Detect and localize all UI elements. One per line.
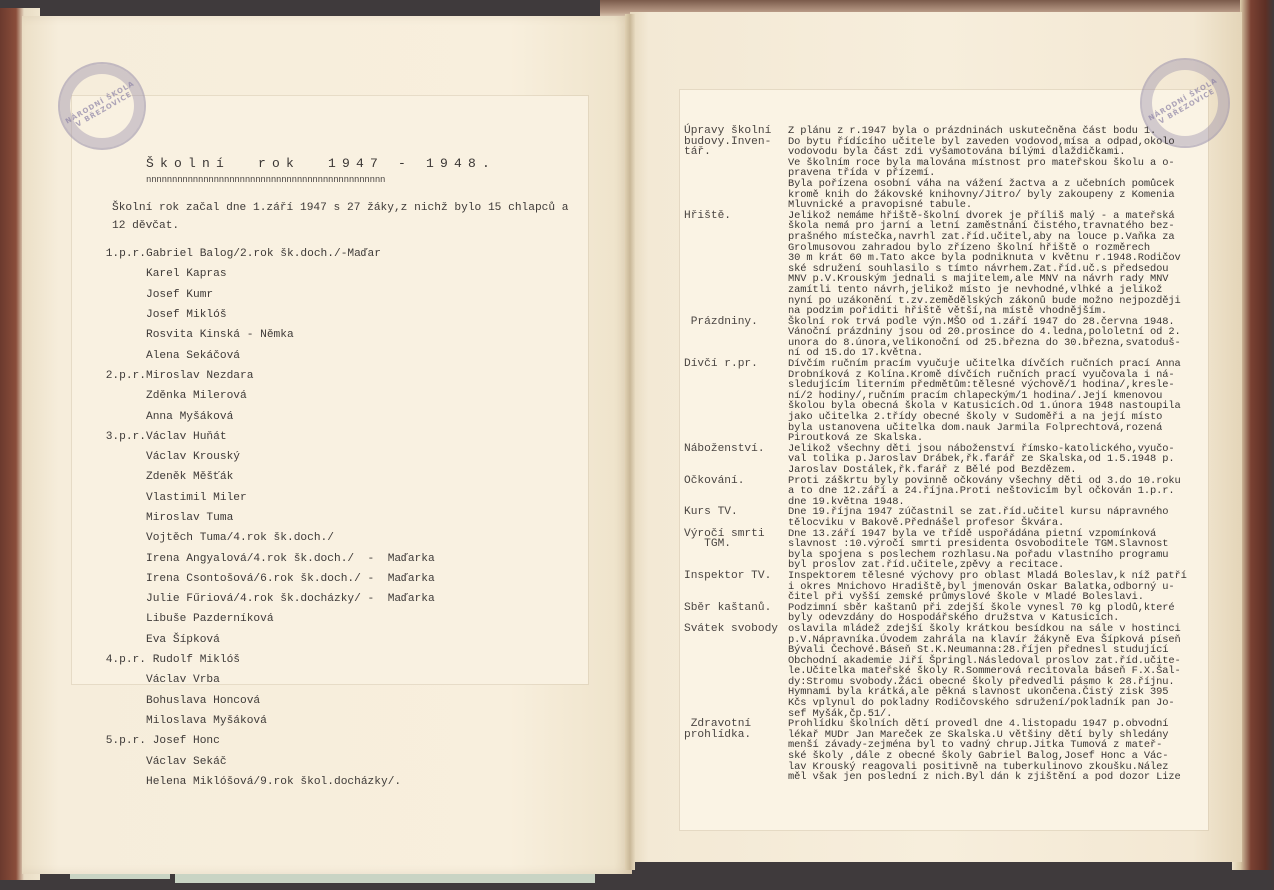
student-row: Irena Csontošová/6.rok šk.doch./ - Maďar… bbox=[100, 569, 435, 589]
student-name: Zdeněk Měšťák bbox=[146, 471, 233, 483]
entry-label: Dívčí r.pr. bbox=[684, 359, 788, 444]
student-row: Vojtěch Tuma/4.rok šk.doch./ bbox=[100, 528, 435, 548]
chronicle-entry: Výročí smrti TGM.Dne 13.září 1947 byla v… bbox=[684, 529, 1210, 571]
entry-text: Podzimní sběr kaštanů při zdejší škole v… bbox=[788, 603, 1210, 624]
entry-text: oslavila mládež zdejší školy krátkou bes… bbox=[788, 624, 1210, 719]
student-name: Bohuslava Honcová bbox=[146, 695, 260, 707]
grade-label: 1.p.r. bbox=[100, 248, 146, 260]
student-name: Karel Kapras bbox=[146, 268, 227, 280]
chronicle-entry: Zdravotní prohlídka.Prohlídku školních d… bbox=[684, 719, 1210, 783]
intro-paragraph: Školní rok začal dne 1.září 1947 s 27 žá… bbox=[112, 200, 582, 235]
student-row: Václav Vrba bbox=[100, 670, 435, 690]
student-name: Josef Honc bbox=[146, 735, 220, 747]
student-name: Vlastimil Miler bbox=[146, 492, 247, 504]
chronicle-entry: Náboženství.Jelikož všechny děti jsou ná… bbox=[684, 444, 1210, 476]
student-row: Alena Sekáčová bbox=[100, 345, 435, 365]
student-row: Anna Myšáková bbox=[100, 406, 435, 426]
title-underline: nnnnnnnnnnnnnnnnnnnnnnnnnnnnnnnnnnnnnnnn… bbox=[146, 172, 385, 189]
chronicle-entry: Dívčí r.pr.Dívčím ručním pracím vyučuje … bbox=[684, 359, 1210, 444]
student-name: Miroslav Tuma bbox=[146, 512, 233, 524]
chronicle-entry: Hřiště.Jelikož nemáme hřiště-školní dvor… bbox=[684, 211, 1210, 317]
entry-label: Zdravotní prohlídka. bbox=[684, 719, 788, 783]
student-name: Anna Myšáková bbox=[146, 411, 233, 423]
student-row: Miloslava Myšáková bbox=[100, 711, 435, 731]
student-name: Alena Sekáčová bbox=[146, 350, 240, 362]
entry-text: Z plánu z r.1947 byla o prázdninách usku… bbox=[788, 126, 1210, 211]
student-name: Miroslav Nezdara bbox=[146, 370, 253, 382]
grade-label: 4.p.r. bbox=[100, 654, 146, 666]
student-name: Eva Šípková bbox=[146, 634, 220, 646]
student-row: Miroslav Tuma bbox=[100, 508, 435, 528]
student-name: Libuše Pazderníková bbox=[146, 613, 274, 625]
student-name: Václav Sekáč bbox=[146, 756, 227, 768]
student-row: Zděnka Milerová bbox=[100, 386, 435, 406]
entry-label: Očkování. bbox=[684, 476, 788, 508]
student-row: Václav Sekáč bbox=[100, 751, 435, 771]
entry-label: Náboženství. bbox=[684, 444, 788, 476]
student-row: Eva Šípková bbox=[100, 630, 435, 650]
chronicle-entry: Sběr kaštanů.Podzimní sběr kaštanů při z… bbox=[684, 603, 1210, 624]
entry-text: Dne 19.října 1947 zúčastnil se zat.říd.u… bbox=[788, 507, 1210, 528]
entry-label: Hřiště. bbox=[684, 211, 788, 317]
student-row: Karel Kapras bbox=[100, 264, 435, 284]
student-row: Helena Miklóšová/9.rok škol.docházky/. bbox=[100, 772, 435, 792]
student-name: Václav Huňát bbox=[146, 431, 227, 443]
student-row: Vlastimil Miler bbox=[100, 488, 435, 508]
student-name: Gabriel Balog/2.rok šk.doch./-Maďar bbox=[146, 248, 381, 260]
entry-label: Kurs TV. bbox=[684, 507, 788, 528]
student-row: Václav Krouský bbox=[100, 447, 435, 467]
entry-label: Úpravy školní budovy.Inven- tář. bbox=[684, 126, 788, 211]
student-name: Irena Csontošová/6.rok šk.doch./ - Maďar… bbox=[146, 573, 435, 585]
student-name: Rosvita Kinská - Němka bbox=[146, 329, 294, 341]
grade-label: 2.p.r. bbox=[100, 370, 146, 382]
entry-text: Školní rok trvá podle výn.MŠO od 1.září … bbox=[788, 317, 1210, 359]
stamp-text: NÁRODNÍ ŠKOLA V BŘEZOVICE bbox=[62, 78, 143, 134]
open-book: NÁRODNÍ ŠKOLA V BŘEZOVICE NÁRODNÍ ŠKOLA … bbox=[0, 0, 1274, 890]
student-row: Bohuslava Honcová bbox=[100, 691, 435, 711]
student-row: Irena Angyalová/4.rok šk.doch./ - Maďark… bbox=[100, 548, 435, 568]
book-gutter bbox=[625, 14, 635, 870]
entry-text: Jelikož nemáme hřiště-školní dvorek je p… bbox=[788, 211, 1210, 317]
student-name: Julie Fűriová/4.rok šk.docházky/ - Maďar… bbox=[146, 593, 435, 605]
grade-label: 3.p.r. bbox=[100, 431, 146, 443]
grade-label: 5.p.r. bbox=[100, 735, 146, 747]
entry-text: Proti záškrtu byly povinně očkovány všec… bbox=[788, 476, 1210, 508]
student-row: 1.p.r.Gabriel Balog/2.rok šk.doch./-Maďa… bbox=[100, 244, 435, 264]
student-name: Václav Vrba bbox=[146, 674, 220, 686]
entry-label: Inspektor TV. bbox=[684, 571, 788, 603]
student-name: Vojtěch Tuma/4.rok šk.doch./ bbox=[146, 532, 334, 544]
student-name: Helena Miklóšová/9.rok škol.docházky/. bbox=[146, 776, 401, 788]
student-row: Josef Kumr bbox=[100, 285, 435, 305]
entry-text: Prohlídku školních dětí provedl dne 4.li… bbox=[788, 719, 1210, 783]
entry-text: Inspektorem tělesné výchovy pro oblast M… bbox=[788, 571, 1210, 603]
chronicle-entry: Prázdniny.Školní rok trvá podle výn.MŠO … bbox=[684, 317, 1210, 359]
chronicle-entry: Inspektor TV.Inspektorem tělesné výchovy… bbox=[684, 571, 1210, 603]
entry-label: Prázdniny. bbox=[684, 317, 788, 359]
student-name: Josef Miklóš bbox=[146, 309, 227, 321]
chronicle-entry: Úpravy školní budovy.Inven- tář.Z plánu … bbox=[684, 126, 1210, 211]
stamp-text: NÁRODNÍ ŠKOLA V BŘEZOVICE bbox=[1144, 75, 1226, 132]
entry-label: Svátek svobody bbox=[684, 624, 788, 719]
student-row: 2.p.r.Miroslav Nezdara bbox=[100, 366, 435, 386]
student-name: Irena Angyalová/4.rok šk.doch./ - Maďark… bbox=[146, 553, 435, 565]
chronicle-entry: Očkování.Proti záškrtu byly povinně očko… bbox=[684, 476, 1210, 508]
student-name: Václav Krouský bbox=[146, 451, 240, 463]
student-name: Josef Kumr bbox=[146, 289, 213, 301]
student-name: Miloslava Myšáková bbox=[146, 715, 267, 727]
entry-label: Výročí smrti TGM. bbox=[684, 529, 788, 571]
school-stamp-left: NÁRODNÍ ŠKOLA V BŘEZOVICE bbox=[58, 62, 146, 150]
page-title: Školní rok 1947 - 1948. bbox=[146, 156, 496, 173]
entry-text: Dne 13.září 1947 byla ve třídě uspořádán… bbox=[788, 529, 1210, 571]
student-name: Rudolf Miklóš bbox=[146, 654, 240, 666]
student-name: Zděnka Milerová bbox=[146, 390, 247, 402]
entry-text: Jelikož všechny děti jsou náboženství ří… bbox=[788, 444, 1210, 476]
chronicle-entries: Úpravy školní budovy.Inven- tář.Z plánu … bbox=[684, 126, 1210, 783]
chronicle-entry: Svátek svobodyoslavila mládež zdejší ško… bbox=[684, 624, 1210, 719]
student-row: Rosvita Kinská - Němka bbox=[100, 325, 435, 345]
student-row: Josef Miklóš bbox=[100, 305, 435, 325]
student-row: Libuše Pazderníková bbox=[100, 609, 435, 629]
student-list: 1.p.r.Gabriel Balog/2.rok šk.doch./-Maďa… bbox=[100, 244, 435, 792]
student-row: 5.p.r. Josef Honc bbox=[100, 731, 435, 751]
entry-label: Sběr kaštanů. bbox=[684, 603, 788, 624]
student-row: Julie Fűriová/4.rok šk.docházky/ - Maďar… bbox=[100, 589, 435, 609]
student-row: Zdeněk Měšťák bbox=[100, 467, 435, 487]
student-row: 4.p.r. Rudolf Miklóš bbox=[100, 650, 435, 670]
entry-text: Dívčím ručním pracím vyučuje učitelka dí… bbox=[788, 359, 1210, 444]
chronicle-entry: Kurs TV.Dne 19.října 1947 zúčastnil se z… bbox=[684, 507, 1210, 528]
student-row: 3.p.r.Václav Huňát bbox=[100, 427, 435, 447]
